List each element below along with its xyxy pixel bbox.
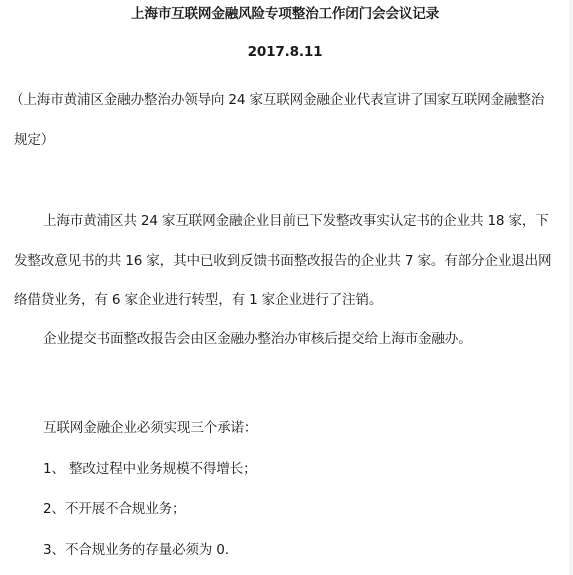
commitment-item-3: 3、不合规业务的存量必须为 0. (43, 541, 229, 559)
commitment-item-1: 1、 整改过程中业务规模不得增长； (43, 460, 256, 478)
paragraph-1-line-2: 发整改意见书的共 16 家，其中已收到反馈书面整改报告的企业共 7 家。有部分企… (14, 252, 551, 270)
commitments-heading: 互联网金融企业必须实现三个承诺： (43, 419, 257, 437)
paragraph-1-line-3: 络借贷业务，有 6 家企业进行转型，有 1 家企业进行了注销。 (14, 291, 382, 309)
page-edge-scrollbar-track (569, 0, 573, 575)
intro-line-1: （上海市黄浦区金融办整治办领导向 24 家互联网金融企业代表宣讲了国家互联网金融… (10, 91, 544, 109)
document-title: 上海市互联网金融风险专项整治工作闭门会会议记录 (0, 5, 570, 23)
commitment-item-2: 2、不开展不合规业务； (43, 500, 185, 518)
intro-line-2: 规定） (14, 131, 54, 149)
document-date: 2017.8.11 (0, 43, 570, 61)
paragraph-1-line-1: 上海市黄浦区共 24 家互联网金融企业目前已下发整改事实认定书的企业共 18 家… (43, 212, 549, 230)
paragraph-2: 企业提交书面整改报告会由区金融办整治办审核后提交给上海市金融办。 (43, 330, 472, 348)
